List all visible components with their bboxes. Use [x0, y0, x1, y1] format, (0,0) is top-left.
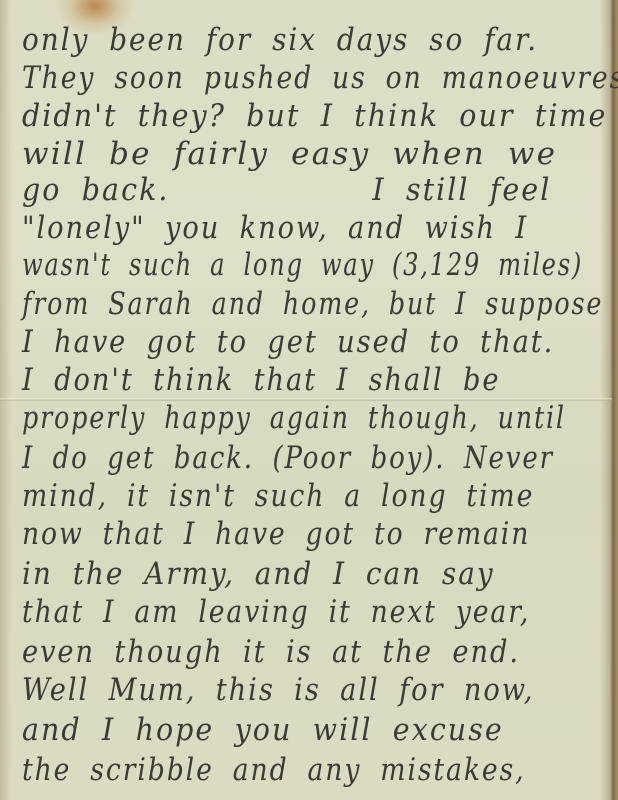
- text-line-20: the scribble and any mistakes,: [22, 752, 525, 788]
- text-line-12: I do get back. (Poor boy). Never: [22, 440, 554, 476]
- text-line-14: now that I have got to remain: [22, 516, 530, 552]
- text-line-11: properly happy again though, until: [22, 400, 566, 436]
- text-line-13: mind, it isn't such a long time: [22, 478, 534, 514]
- text-line-6: "lonely" you know, and wish I: [22, 210, 528, 246]
- text-line-8: from Sarah and home, but I suppose: [22, 286, 603, 322]
- text-line-19: and I hope you will excuse: [22, 712, 504, 748]
- text-line-16: that I am leaving it next year,: [22, 594, 530, 630]
- text-line-17: even though it is at the end.: [22, 634, 520, 670]
- text-line-18: Well Mum, this is all for now,: [22, 672, 534, 708]
- text-line-4: will be fairly easy when we: [22, 136, 557, 172]
- text-line-3: didn't they? but I think our time: [22, 98, 607, 134]
- text-line-10: I don't think that I shall be: [22, 362, 500, 398]
- text-line-9: I have got to get used to that.: [22, 324, 554, 360]
- text-line-1: only been for six days so far.: [22, 22, 538, 58]
- letter-page: only been for six days so far. They soon…: [0, 0, 618, 800]
- text-line-2: They soon pushed us on manoeuvres: [22, 60, 618, 96]
- text-line-15: in the Army, and I can say: [22, 556, 495, 592]
- text-line-5: go back. I still feel: [22, 172, 551, 208]
- text-line-7: wasn't such a long way (3,129 miles): [22, 247, 583, 283]
